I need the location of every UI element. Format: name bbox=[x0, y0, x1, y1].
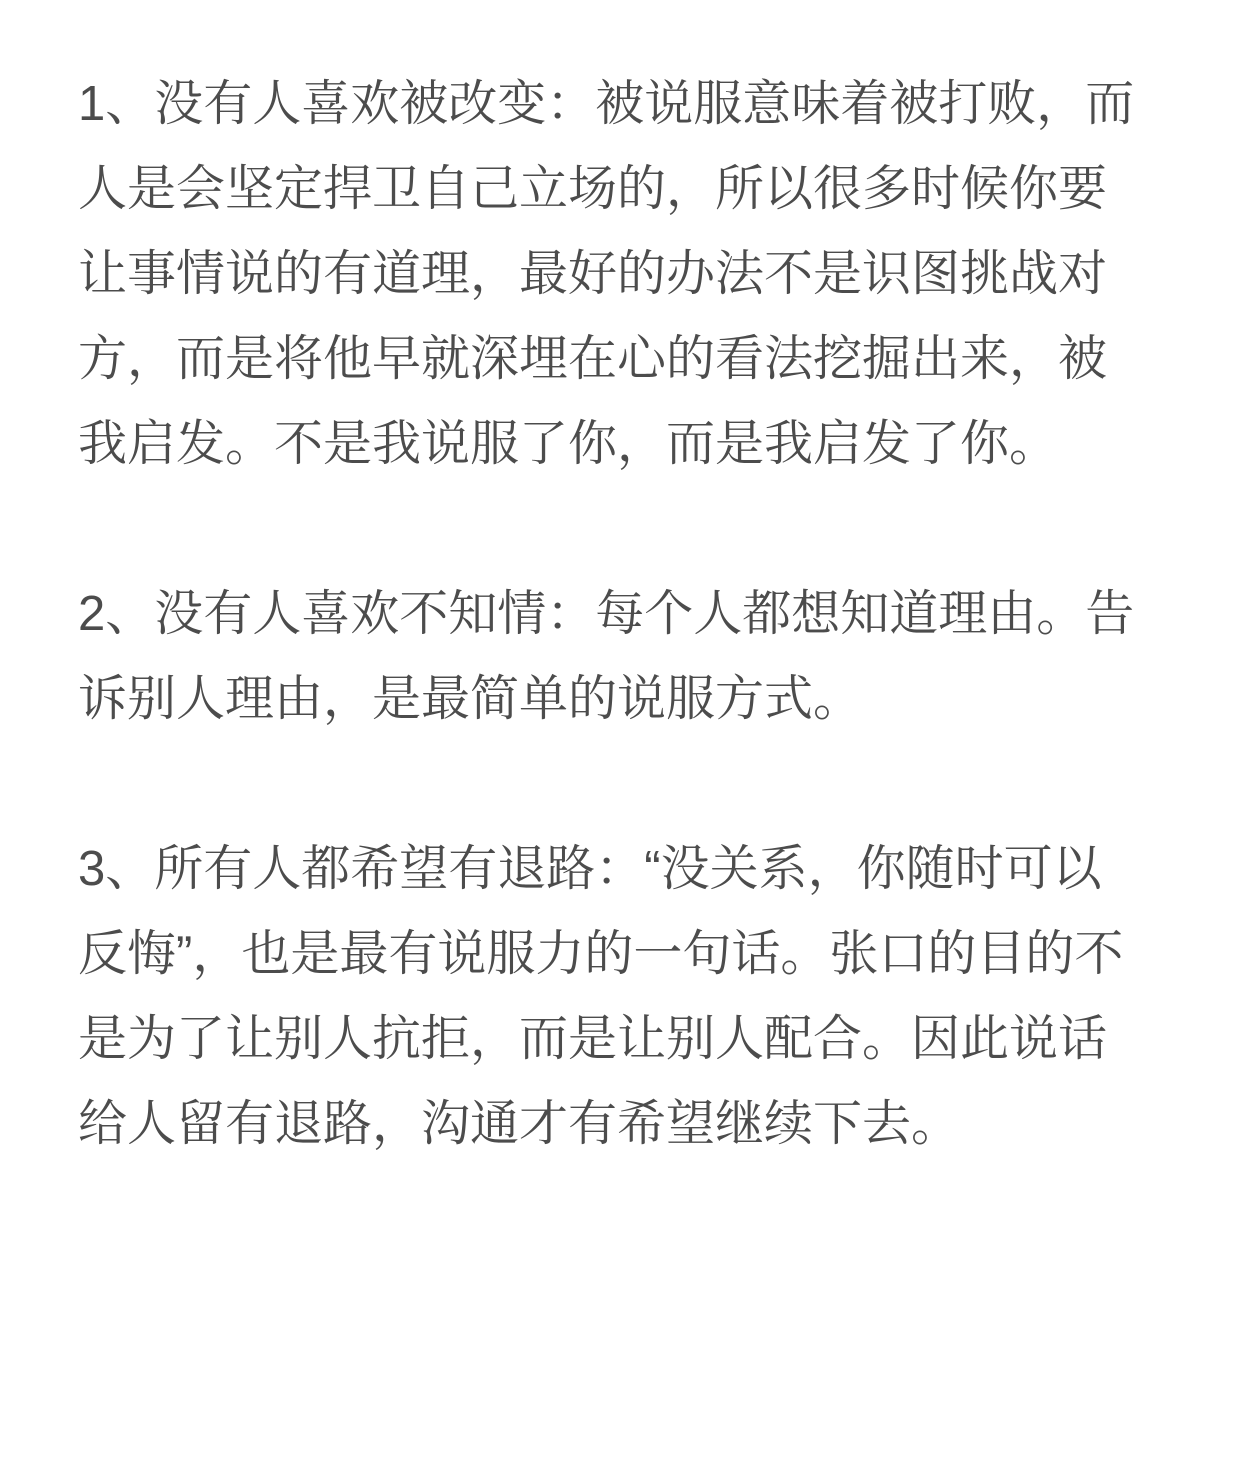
text-line: 给人留有退路，沟通才有希望继续下去。 bbox=[78, 1082, 1161, 1167]
text-line: 方，而是将他早就深埋在心的看法挖掘出来，被 bbox=[78, 317, 1161, 402]
paragraph-point-3: 3、所有人都希望有退路：“没关系，你随时可以 反悔”，也是最有说服力的一句话。张… bbox=[78, 827, 1161, 1167]
text-line: 是为了让别人抗拒，而是让别人配合。因此说话 bbox=[78, 997, 1161, 1082]
text-line: 我启发。不是我说服了你，而是我启发了你。 bbox=[78, 402, 1161, 487]
text-line: 3、所有人都希望有退路：“没关系，你随时可以 bbox=[78, 827, 1161, 912]
paragraph-point-2: 2、没有人喜欢不知情：每个人都想知道理由。告 诉别人理由，是最简单的说服方式。 bbox=[78, 572, 1161, 742]
paragraph-point-1: 1、没有人喜欢被改变：被说服意味着被打败，而 人是会坚定捍卫自己立场的，所以很多… bbox=[78, 62, 1161, 487]
text-line: 诉别人理由，是最简单的说服方式。 bbox=[78, 657, 1161, 742]
text-line: 让事情说的有道理，最好的办法不是识图挑战对 bbox=[78, 232, 1161, 317]
text-line: 1、没有人喜欢被改变：被说服意味着被打败，而 bbox=[78, 62, 1161, 147]
text-line: 反悔”，也是最有说服力的一句话。张口的目的不 bbox=[78, 912, 1161, 997]
text-line: 2、没有人喜欢不知情：每个人都想知道理由。告 bbox=[78, 572, 1161, 657]
text-line: 人是会坚定捍卫自己立场的，所以很多时候你要 bbox=[78, 147, 1161, 232]
document-page: 1、没有人喜欢被改变：被说服意味着被打败，而 人是会坚定捍卫自己立场的，所以很多… bbox=[0, 0, 1239, 1482]
